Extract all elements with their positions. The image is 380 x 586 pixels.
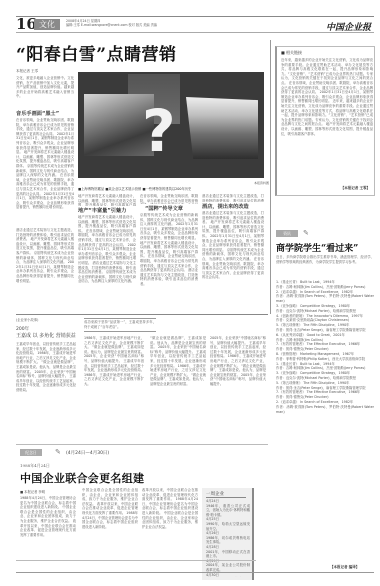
weekly-calendar-box: 一周企业 4月24日 1946年，惠普公司正式成立，创始人为比尔·休利特和戴维·… bbox=[202, 488, 254, 580]
related-links-endmark: 【本报记者 王零】 bbox=[341, 186, 370, 191]
story-body-col2: 1986年，王嘉成开始进军房地产行业，之后又涉足文化产业，企业规模不断扩大。 “… bbox=[84, 336, 144, 438]
history-bottom-rule bbox=[16, 560, 256, 561]
subhead-realestate: 地产“丰富量”引魅力 bbox=[78, 207, 126, 214]
page-bottom-rule bbox=[16, 572, 374, 573]
book-author: 作者：菲利普·科特勒(Philip Kotler)，西北大学凯洛格商学院 bbox=[276, 357, 374, 362]
story-title-line2: 王嘉成 以 多角化 营销获益 bbox=[16, 332, 76, 339]
subhead-hotel: 酒店，提出来的改造 bbox=[202, 203, 249, 210]
pen-icon: ✎ bbox=[55, 449, 61, 456]
pen-icon: ✎ bbox=[303, 230, 309, 237]
article-body-col1b: 酒店业通过艺术装饰与文化主题改造，打造独特的消费体验，吸引追求品位的消费者。 地… bbox=[16, 228, 74, 310]
story-body-col4: 2005年，企业荣获“中国驰名商标”称号，品牌价值大幅提升。 王嘉成早年创业，以… bbox=[210, 336, 266, 438]
book-author: 作者：汤姆·彼得斯(Tom Peters)、罗伯特·沃特曼(Robert Wat… bbox=[276, 294, 374, 304]
anniversary-tag: 纪念日 bbox=[20, 449, 42, 456]
business-school-endmark: 【本报记者 编译】 bbox=[330, 565, 359, 570]
history-headline: 中国企业联合会更名组建 bbox=[20, 470, 144, 486]
article-col3-top: 在音乐领域，企业赞助交响乐团、歌剧院，举办高雅音乐会已成为常见的营销手段，通过与… bbox=[140, 194, 198, 204]
photo-caption: ■上海博物馆藏品 ■某企业以艺术展示营销 ■一些博物馆的建筑以200年历史 bbox=[78, 186, 268, 191]
related-links-title: ■ 相关链接 bbox=[281, 50, 302, 56]
article-body-col1: 在音乐领域，企业赞助交响乐团、歌剧院，举办高雅音乐会已成为常见的营销手段，通过与… bbox=[16, 118, 74, 226]
story-kicker: (企业家小故事) bbox=[16, 318, 76, 323]
history-body-col1: 1988年4月24日，中国企业管理协会更名为中国企业联合会，标志着中国企业组织建… bbox=[20, 496, 76, 558]
column-divider-right bbox=[270, 40, 271, 314]
story-body-col1: 王嘉成早年创业，以经营传统手工艺品起家，经过数十年发展，企业逐渐形成多元化经营格… bbox=[16, 342, 76, 438]
related-links-box: ■ 相关链接 近年来，越来越多的企业开始关注文化营销，文化成为品牌竞争的重要手段… bbox=[275, 46, 375, 196]
history-byline: ■ 本报记者 李明 bbox=[20, 489, 45, 494]
article-body-col3: 京剧等传统艺术成为企业营销的新载体，国粹文化与现代商业结合，为品牌注入深厚的文化… bbox=[140, 213, 198, 311]
article-body-col2: 地产开发商将艺术元素融入楼盘设计，以画廊、雕塑、园林等形式营造文化氛围，提升楼盘… bbox=[78, 215, 136, 311]
calendar-entries: 4月24日 1946年，惠普公司正式成立，创始人为比尔·休利特和戴维·帕卡德。 … bbox=[206, 499, 250, 577]
calendar-text: 1946年，惠普公司正式成立，创始人为比尔·休利特和戴维·帕卡德。 bbox=[206, 504, 250, 518]
related-links-body: 近年来，越来越多的企业开始关注文化营销，文化成为品牌竞争的重要手段。企业通过赞助… bbox=[281, 58, 373, 182]
header-editor: 编辑:王零 E-mail:wangcore@cnent.com 校对 版式 美编… bbox=[66, 23, 176, 27]
section-tag: 文化 bbox=[34, 19, 60, 30]
header-top-rule bbox=[16, 16, 374, 17]
calendar-text: 1986年，切尔诺贝利核电站发生事故。 bbox=[206, 536, 250, 545]
subhead-music: 音乐手画面“黑士” bbox=[16, 110, 59, 117]
history-body-col3: 改革开放以来，中国企业联合会在推动企业改革、促进企业管理现代化方面发挥了重要作用… bbox=[142, 488, 198, 558]
article-col4-top: 酒店业通过艺术装饰与文化主题改造，打造独特的消费体验，吸引追求品位的消费者。 bbox=[202, 194, 264, 202]
story-body-col3: “做企业就是做品牌”，王嘉成如是说。他认为，品牌是企业最宝贵的财富。 2005年… bbox=[150, 336, 206, 438]
subhead-opera: “国粹”传导文章 bbox=[145, 205, 183, 212]
main-article-bottom-rule bbox=[16, 314, 268, 315]
question-mark-graphic: ? bbox=[142, 102, 176, 160]
calendar-title: 一周企业 bbox=[206, 491, 246, 498]
story-pull-quote: 成功来源于坚持“品质第一”，王嘉成坚持多年，终于成就了“百年老店”。 bbox=[84, 318, 156, 332]
info-tag: 资讯 bbox=[276, 230, 298, 237]
main-intro: 文化，被更多地融入企业营销中。文化营销，在产品营销中加入文化元素，提升产品附加值… bbox=[16, 76, 74, 108]
history-dateline: 1988年4月24日 bbox=[20, 463, 50, 469]
business-school-headline: 商学院学生“看过来” bbox=[276, 241, 358, 254]
main-headline: “阳春白雪”点睛营销 bbox=[16, 40, 177, 65]
book-list: 1.《基业长青》 Built to Last，1994年 作者：吉姆·柯林斯(J… bbox=[276, 280, 374, 572]
book-author: 作者：吉姆·柯林斯(Jim Collins)、杰里·波勒斯(Jerry Porr… bbox=[276, 285, 374, 290]
history-top-rule bbox=[16, 444, 268, 445]
header-bottom-rule bbox=[16, 32, 374, 33]
photo-hall-image bbox=[186, 97, 258, 159]
book-author: 作者：汤姆·彼得斯(Tom Peters)、罗伯特·沃特曼(Robert Wat… bbox=[276, 405, 374, 415]
article-body-col4: 酒店业通过艺术装饰与文化主题改造，打造独特的消费体验，吸引追求品位的消费者。 地… bbox=[202, 211, 264, 311]
header-meta: 2008年4月24日 星期四 编辑:王零 E-mail:wangcore@cne… bbox=[66, 19, 176, 27]
photo-credit: 本报资料图 bbox=[254, 181, 269, 185]
calendar-text: 2001年，中国移动正式在香港上市。 bbox=[206, 550, 250, 559]
main-byline: 本报记者 王零 bbox=[16, 69, 38, 74]
anniversary-date-range: (4月24日—4月30日) bbox=[66, 450, 109, 456]
history-body-col2: 中国企业联合会是全国性的企业组织，由企业、企业家和企业团体组成，致力于为企业服务… bbox=[82, 488, 138, 558]
calendar-text: 1990年，哈勃太空望远镜发射升空。 bbox=[206, 522, 250, 531]
article-col2-top: 地产开发商将艺术元素融入楼盘设计，以画廊、雕塑、园林等形式营造文化氛围，提升楼盘… bbox=[78, 194, 136, 206]
article-photo: ? bbox=[78, 72, 264, 178]
business-school-intro: 近日，多所商学院联合推出学生推荐书单，涵盖管理学、经济学、营销学等领域的经典著作… bbox=[276, 255, 374, 279]
